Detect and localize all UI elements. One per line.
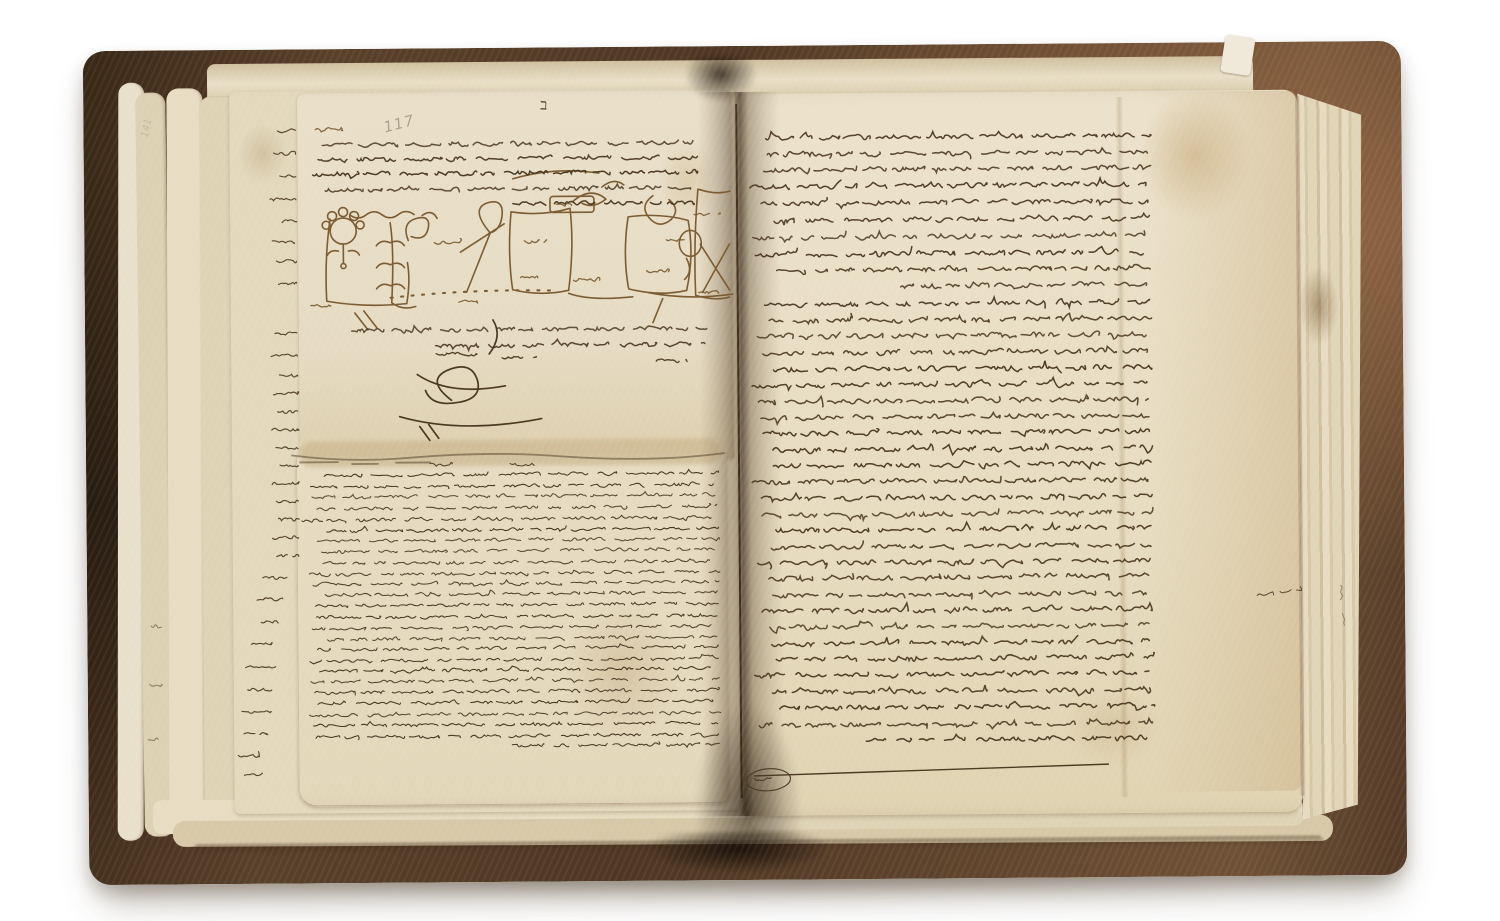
left-page-edge-3 — [166, 88, 205, 826]
left-page-edge-4 — [199, 96, 245, 822]
left-page-edge-2 — [135, 92, 175, 836]
fore-edge-page-stack — [1297, 93, 1367, 819]
stain — [1062, 687, 1163, 768]
fold-crease — [1115, 97, 1128, 797]
stain — [657, 140, 718, 220]
torn-edge-stain — [300, 438, 720, 467]
left-underlying-page — [229, 88, 741, 814]
bottom-page-edges-lower — [173, 815, 1333, 847]
gutter-bottom-shadow — [692, 700, 803, 841]
protruding-page-corner — [1220, 34, 1255, 76]
spine-top-gap — [685, 56, 757, 103]
stain — [237, 124, 287, 184]
stain — [561, 600, 682, 741]
book-rotation-wrapper: 117 141 ב — [0, 0, 1500, 921]
left-page-pasted-leaf — [296, 452, 730, 806]
spine-bottom-shadow — [643, 831, 833, 874]
manuscript-photo: 117 141 ב — [0, 0, 1500, 921]
left-page-header-mark: ב — [540, 97, 548, 114]
stain — [1298, 265, 1339, 345]
page-edge-crease — [1295, 96, 1304, 796]
gutter-shadow — [697, 92, 785, 817]
leather-binding — [83, 41, 1408, 885]
bottom-page-edges-upper — [153, 796, 1303, 834]
right-underlying-page-edge — [751, 810, 1303, 830]
top-page-edges — [207, 56, 1253, 108]
left-page-edge-1 — [118, 83, 145, 841]
right-page — [737, 90, 1303, 816]
stain — [1137, 91, 1253, 222]
stain — [1147, 91, 1302, 792]
left-page-upper-leaf — [297, 90, 734, 461]
bottom-edge-shadow — [193, 835, 1323, 854]
